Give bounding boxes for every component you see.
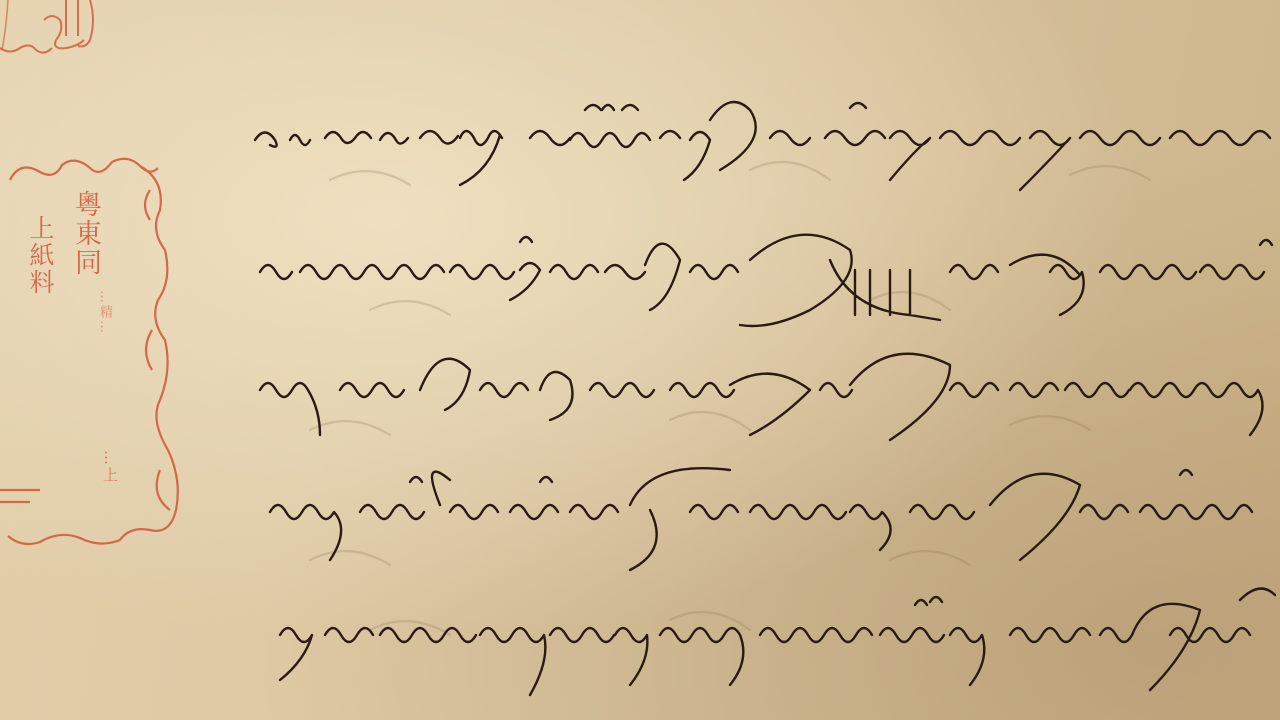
seal-text-column: …上 bbox=[100, 450, 121, 484]
script-line: Javanese script line 1 bbox=[250, 90, 1280, 200]
seal-text-column: 上紙料 bbox=[22, 215, 58, 296]
red-seal-stamp: 粵東同 上紙料 …精… …上 Red Chinese paper-maker's… bbox=[0, 150, 190, 550]
script-line: Javanese script line 2 bbox=[250, 220, 1280, 330]
manuscript-page: Partial red seal ornament at top-left co… bbox=[0, 0, 1280, 720]
script-line: Javanese script line 3 bbox=[250, 340, 1280, 450]
seal-top-fragment: Partial red seal ornament at top-left co… bbox=[0, 0, 110, 60]
seal-text-column: 粵東同 bbox=[66, 190, 105, 277]
script-line: Javanese script line 4 bbox=[250, 460, 1280, 570]
script-line: Javanese script line 5 bbox=[250, 590, 1280, 700]
seal-text-column: …精… bbox=[95, 290, 114, 335]
